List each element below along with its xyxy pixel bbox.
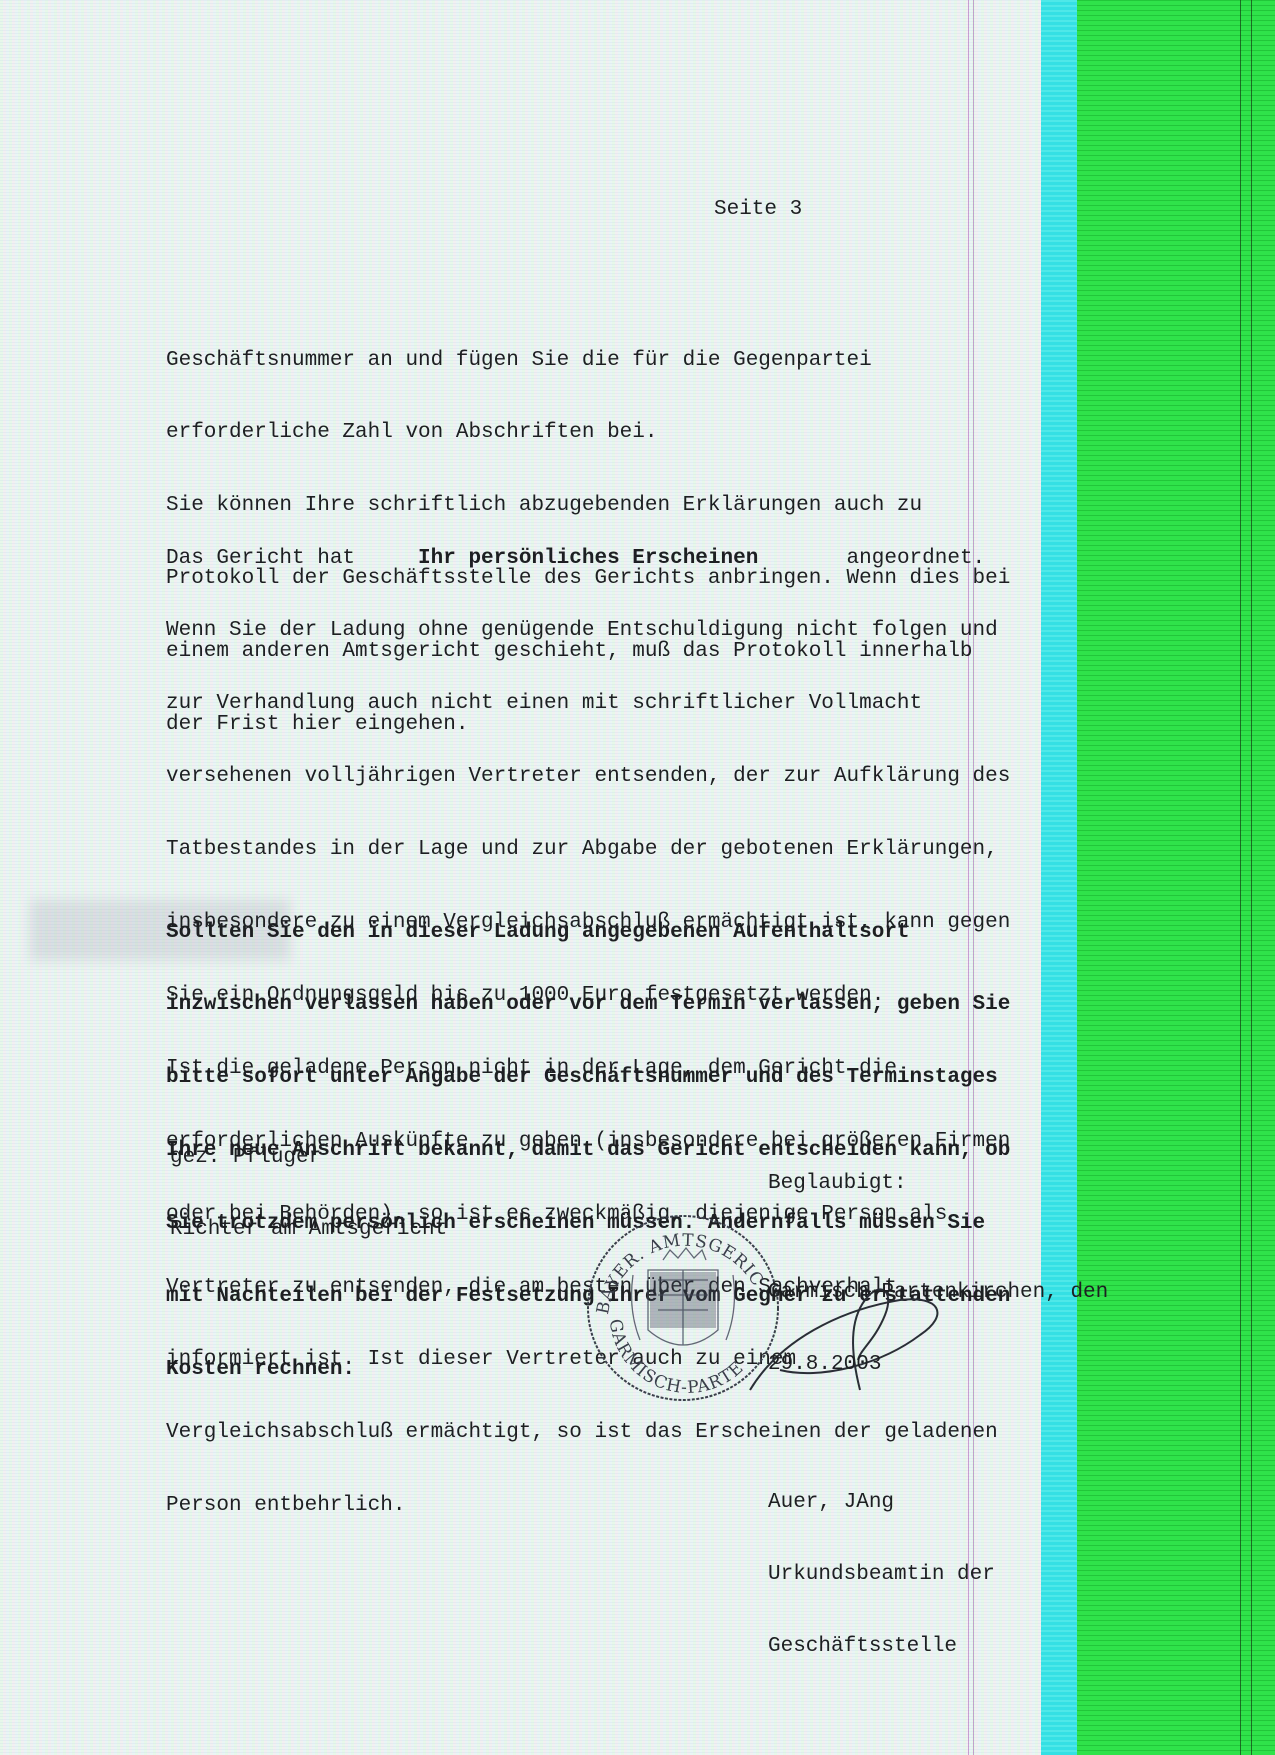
text-line: erforderliche Zahl von Abschriften bei. <box>166 421 1010 445</box>
judge-signature-block: gez. Pfluger Richter am Amtsgericht <box>170 1098 447 1266</box>
text-line: zur Verhandlung auch nicht einen mit sch… <box>166 692 1010 716</box>
judge-signed: gez. Pfluger <box>170 1146 447 1170</box>
place-date-line-1: Garmisch-Partenkirchen, den <box>768 1281 1108 1305</box>
text-line: Geschäftsnummer an und fügen Sie die für… <box>166 349 1010 373</box>
official-role-line-1: Urkundsbeamtin der <box>768 1563 1108 1587</box>
page-number: Seite 3 <box>714 198 802 221</box>
order-prefix: Das Gericht hat <box>166 547 355 570</box>
certified-label: Beglaubigt: <box>768 1172 1108 1196</box>
text-line: bitte sofort unter Angabe der Geschäftsn… <box>166 1066 1010 1090</box>
official-name: Auer, JAng <box>768 1491 1108 1515</box>
certification-block: Beglaubigt: Garmisch-Partenkirchen, den … <box>768 1124 1108 1683</box>
scan-artifact-line <box>1240 0 1241 1755</box>
order-suffix: angeordnet. <box>847 547 986 570</box>
text-line: inzwischen verlassen haben oder vor dem … <box>166 993 1010 1017</box>
place-date-line-2: 29.8.2003 <box>768 1353 1108 1377</box>
official-role-line-2: Geschäftsstelle <box>768 1635 1108 1659</box>
order-emphasis: Ihr persönliches Erscheinen <box>418 547 758 570</box>
text-line-appearance-order: Das Gericht hat Ihr persönliches Erschei… <box>166 547 1010 571</box>
judge-title: Richter am Amtsgericht <box>170 1218 447 1242</box>
text-line: Wenn Sie der Ladung ohne genügende Entsc… <box>166 619 1010 643</box>
text-line: Sollten Sie den in dieser Ladung angegeb… <box>166 921 1010 945</box>
text-line: versehenen volljährigen Vertreter entsen… <box>166 765 1010 789</box>
text-line: Tatbestandes in der Lage und zur Abgabe … <box>166 838 1010 862</box>
scan-artifact-line <box>1251 0 1252 1755</box>
